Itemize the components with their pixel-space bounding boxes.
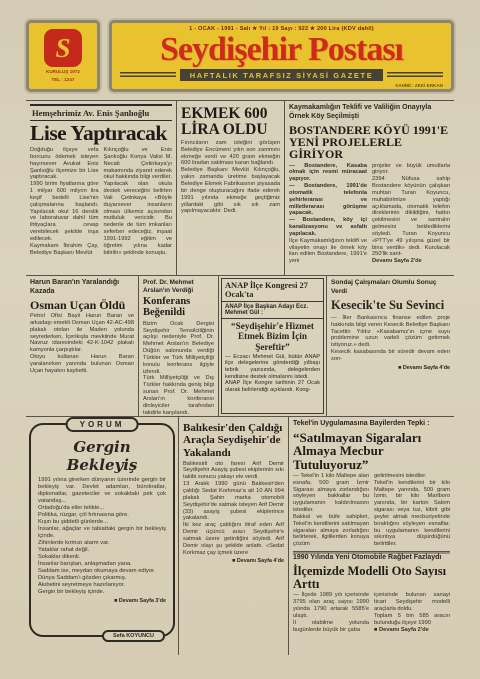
article-body-col2: getirilmesini istediler. Tekel'in kendil… <box>374 473 450 548</box>
article-headline: İlçemizde Modelli Oto Sayısı Arttı <box>293 565 450 591</box>
article-body-columns: Doğduğu ilçeye vefa borcunu ödemek istey… <box>30 147 172 257</box>
newspaper-subtitle: HAFTALIK TARAFSIZ SİYASİ GAZETE <box>180 69 384 81</box>
article-body-col1: — Tekel'in 1 kilo Maltepe alan esnafa, 5… <box>293 473 369 548</box>
article-konferans-begenildi: Prof. Dr. Mehmet Arslan'ın Verdiği Konfe… <box>138 276 218 416</box>
right-bottom-block: Tekel'in Uygulamasına Bayilerden Tepki :… <box>288 417 454 655</box>
article-body-col1: — Bostandere, Kasaba olmak için resmi mü… <box>289 163 367 266</box>
masthead: S KURULUŞ 1972 TEL : 1247 1 - OCAK - 199… <box>0 0 480 92</box>
front-page-content: Hemşehrimiz Av. Enis Şanlıoğlu Lise Yapt… <box>26 100 454 655</box>
masthead-title-box: 1 - OCAK - 1991 - Salı ★ Yıl : 19 Sayı :… <box>109 20 454 92</box>
article-kicker: ANAP İlçe Başkan Adayı Ecz. Mehmet Gül : <box>222 302 323 319</box>
column-author: Sefa KOYUNCU <box>102 630 165 642</box>
continuation-note: ■ Devamı Sayfa 4'de <box>331 365 450 371</box>
article-kesecik-su-sevinci: Sondaj Çalışmaları Olumlu Sonuç Verdi Ke… <box>326 276 454 416</box>
article-bostandere-koyu: Kaymakamlığın Teklifi ve Valiliğin Onayı… <box>284 101 454 275</box>
article-body: — Eczacı Mehmet Gül, bütün ANAP ilçe del… <box>222 354 323 396</box>
row-top: Hemşehrimiz Av. Enis Şanlıoğlu Lise Yapt… <box>26 101 454 275</box>
article-headline: Osman Uçan Öldü <box>30 299 134 311</box>
article-kicker: 1990 Yılında Yeni Otomobile Rağbet Fazla… <box>293 554 450 563</box>
article-sigara-tepki: Tekel'in Uygulamasına Bayilerden Tepki :… <box>293 420 450 548</box>
article-osman-ucan-oldu: Harun Baran'ın Yaralandığı Kazada Osman … <box>26 276 138 416</box>
article-body-col1: Doğduğu ilçeye vefa borcunu ödemek istey… <box>30 147 99 257</box>
article-body-col2-text: projeler ve büyük umutlarla giriyor. 239… <box>372 163 450 258</box>
article-body-columns: — Tekel'in 1 kilo Maltepe alan esnafa, 5… <box>293 473 450 548</box>
continuation-note: ■ Devamı Sayfa 4'de <box>183 558 284 564</box>
article-body-columns: — Bostandere, Kasaba olmak için resmi mü… <box>289 163 450 266</box>
newspaper-logo: S KURULUŞ 1972 TEL : 1247 <box>26 20 100 92</box>
continuation-note: ■ Devamı Sayfa 2'de <box>374 627 429 633</box>
article-body-col2: Kılınçoğlu ve Enis Şanlıoğlu Konya Valis… <box>104 147 173 257</box>
article-kicker: Sondaj Çalışmaları Olumlu Sonuç Verdi <box>331 279 450 295</box>
logo-monogram: S <box>55 35 70 62</box>
article-oto-sayisi-artti: 1990 Yılında Yeni Otomobile Rağbet Fazla… <box>293 554 450 633</box>
article-headline: BOSTANDERE KÖYÜ 1991'E YENİ PROJELERLE G… <box>289 124 450 161</box>
article-kicker: Harun Baran'ın Yaralandığı Kazada <box>30 279 134 297</box>
article-ekmek-600-lira: EKMEK 600 LİRA OLDU Fırıncıların zam ist… <box>176 101 284 275</box>
article-topbar: ANAP İlçe Kongresi 27 Ocak'ta <box>222 279 323 302</box>
article-body: — İller Bankasınca finanse edilen proje … <box>331 315 450 363</box>
article-body-col1-rest: İlçe Kaymakamlığının teklifi ve vilayeti… <box>289 238 367 265</box>
article-headline: Lise Yaptıracak <box>30 123 172 145</box>
article-headline: “Satılmayan Sigaraları Almaya Mecbur Tut… <box>293 431 450 471</box>
logo-monogram-icon: S <box>44 29 82 67</box>
subtitle-rule-right <box>387 72 443 79</box>
article-body-col2: içerisinde bulunan sanayi ticari Seydişe… <box>374 592 450 633</box>
anap-frame: ANAP İlçe Kongresi 27 Ocak'ta ANAP İlçe … <box>221 278 324 414</box>
article-body-col2: projeler ve büyük umutlarla giriyor. 239… <box>372 163 450 266</box>
column-body: 1991 yılına girerken dünyanın üzerinde g… <box>38 477 166 595</box>
row-middle: Harun Baran'ın Yaralandığı Kazada Osman … <box>26 275 454 416</box>
article-body-col1: — İlçede 1989 yılı içerisinde 3795 olan … <box>293 592 369 633</box>
article-kicker: Hemşehrimiz Av. Enis Şanlıoğlu <box>30 104 172 121</box>
article-balikesir-oto-hirsizi: Balıkesir'den Çaldığı Araçla Seydişehir'… <box>178 417 288 655</box>
logo-tel: TEL : 1247 <box>52 77 75 83</box>
article-headline: Kesecik'te Su Sevinci <box>331 299 450 312</box>
article-headline: Balıkesir'den Çaldığı Araçla Seydişehir'… <box>183 422 284 458</box>
row-bottom: YORUM Gergin Bekleyiş 1991 yılına girerk… <box>26 416 454 655</box>
article-kicker: Prof. Dr. Mehmet Arslan'ın Verdiği <box>143 279 214 295</box>
article-body-columns: — İlçede 1989 yılı içerisinde 3795 olan … <box>293 592 450 633</box>
continuation-note: ■ Devamı Sayfa 3'de <box>38 598 166 604</box>
article-body: Petrol Ofisi Bayii Harun Baran ve arkada… <box>30 313 134 375</box>
column-headline: Gergin Bekleyiş <box>38 438 166 474</box>
article-body: Bizim Ocak Dergisi Seydişehir Temsilcili… <box>143 321 214 417</box>
yorum-frame: YORUM Gergin Bekleyiş 1991 yılına girerk… <box>29 423 175 637</box>
article-lise-yaptiracak: Hemşehrimiz Av. Enis Şanlıoğlu Lise Yapt… <box>26 101 176 275</box>
newspaper-front-page: S KURULUŞ 1972 TEL : 1247 1 - OCAK - 199… <box>0 0 480 679</box>
owner-credit: SAHİBİ : ZEKİ ERKAN <box>395 83 443 88</box>
article-headline: EKMEK 600 LİRA OLDU <box>181 106 280 138</box>
article-bullets: — Bostandere, Kasaba olmak için resmi mü… <box>289 163 367 237</box>
logo-founded: KURULUŞ 1972 <box>46 69 80 75</box>
continuation-note: Devamı Sayfa 2'de <box>372 258 422 264</box>
article-body-col2-text: içerisinde bulunan sanayi ticari Seydişe… <box>374 592 450 625</box>
article-anap-kongre: ANAP İlçe Kongresi 27 Ocak'ta ANAP İlçe … <box>218 276 326 416</box>
article-headline: Konferans Beğenildi <box>143 297 214 318</box>
column-yorum-gergin-bekleyis: YORUM Gergin Bekleyiş 1991 yılına girerk… <box>26 417 178 655</box>
section-divider <box>293 551 450 552</box>
article-body: Fırıncıların zam isteğini görüşen Beledi… <box>181 140 280 215</box>
article-kicker: Kaymakamlığın Teklifi ve Valiliğin Onayı… <box>289 104 450 122</box>
article-kicker: Tekel'in Uygulamasına Bayilerden Tepki : <box>293 420 450 429</box>
subtitle-rule-left <box>120 72 176 79</box>
newspaper-title: Seydişehir Postası <box>120 33 443 66</box>
subtitle-row: HAFTALIK TARAFSIZ SİYASİ GAZETE <box>120 69 443 81</box>
column-label: YORUM <box>66 417 139 432</box>
article-body: Balıkesirli oto faresi Arif Demir Seydiş… <box>183 461 284 557</box>
article-headline: “Seydişehir'e Hizmet Etmek Bizim İçin Şe… <box>222 319 323 353</box>
